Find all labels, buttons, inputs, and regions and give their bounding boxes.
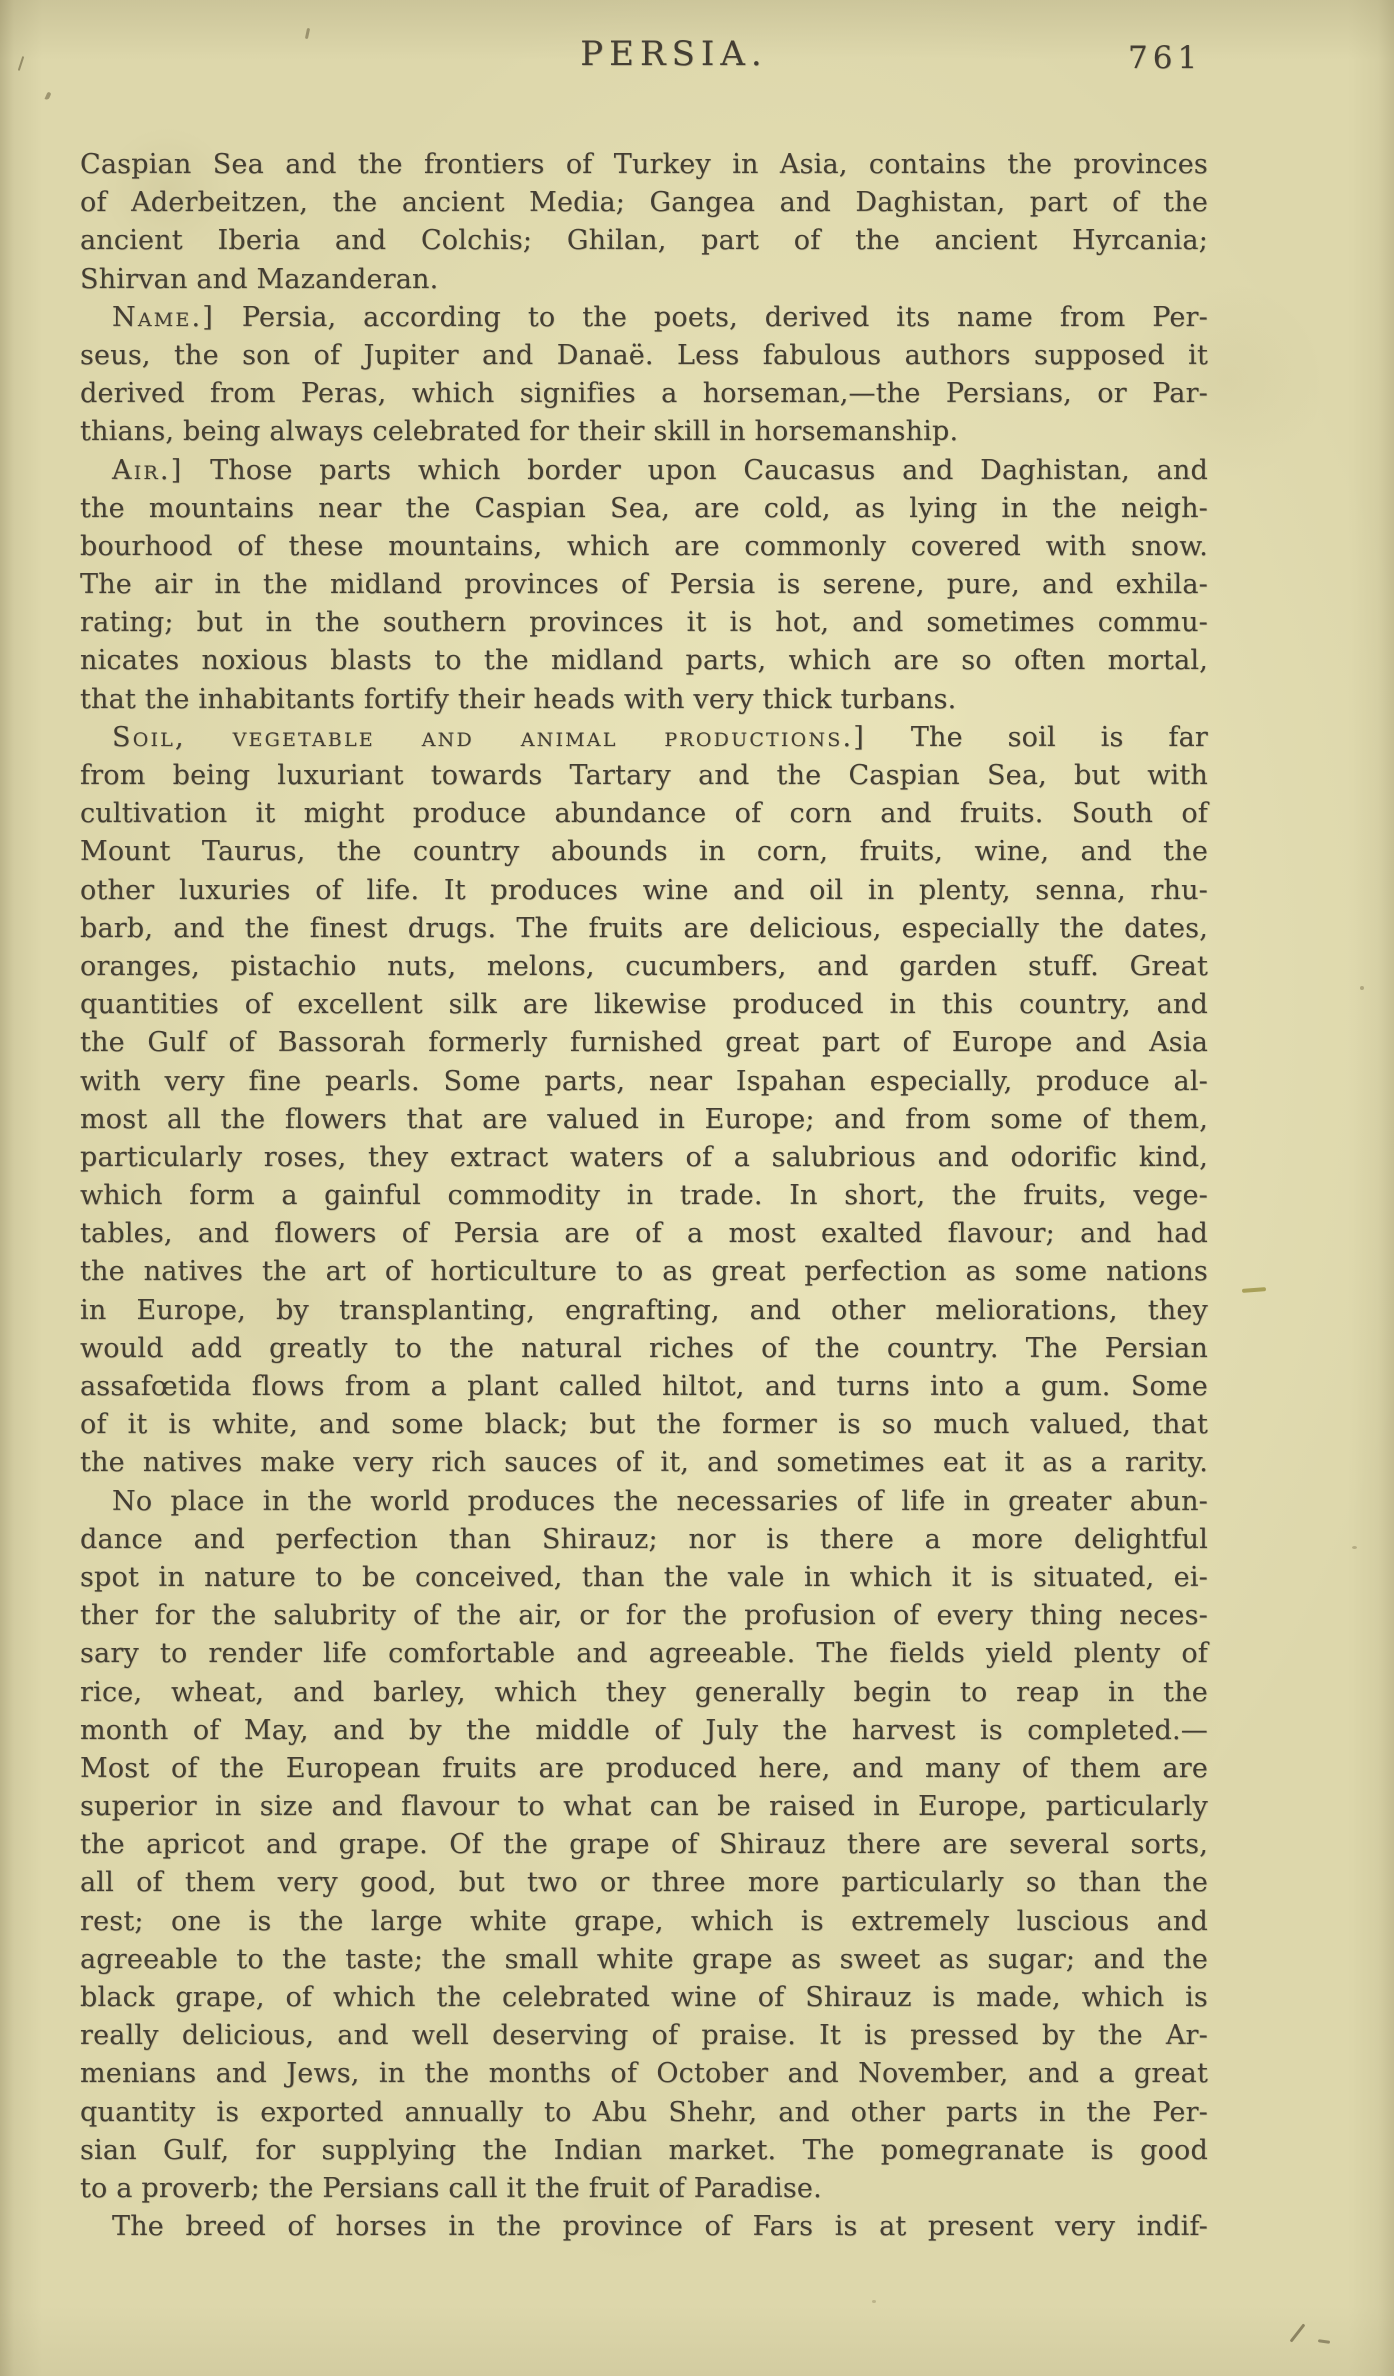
line-text: The soil is far bbox=[911, 722, 1208, 753]
text-line: oranges, pistachio nuts, melons, cucumbe… bbox=[80, 948, 1208, 986]
text-line: derived from Peras, which signifies a ho… bbox=[80, 375, 1208, 413]
book-page: PERSIA. 761 Caspian Sea and the frontier… bbox=[0, 0, 1394, 2376]
paragraph: Name.] Persia, according to the poets, d… bbox=[80, 299, 1208, 452]
text-line: sary to render life comfortable and agre… bbox=[80, 1635, 1208, 1673]
text-line: quantities of excellent silk are likewis… bbox=[80, 986, 1208, 1024]
text-line: rating; but in the southern provinces it… bbox=[80, 604, 1208, 642]
text-line: The breed of horses in the province of F… bbox=[80, 2208, 1208, 2246]
bottom-pen-mark bbox=[1318, 2339, 1330, 2344]
text-line: rest; one is the large white grape, whic… bbox=[80, 1903, 1208, 1941]
paragraph: Air.] Those parts which border upon Cauc… bbox=[80, 452, 1208, 719]
text-line: really delicious, and well deserving of … bbox=[80, 2017, 1208, 2055]
text-line: from being luxuriant towards Tartary and… bbox=[80, 757, 1208, 795]
text-line: menians and Jews, in the months of Octob… bbox=[80, 2055, 1208, 2093]
ink-speck bbox=[872, 2300, 876, 2303]
text-line: which form a gainful commodity in trade.… bbox=[80, 1177, 1208, 1215]
paragraph: Soil, vegetable and animal productions.]… bbox=[80, 719, 1208, 1483]
text-line: that the inhabitants fortify their heads… bbox=[80, 681, 1208, 719]
page-number: 761 bbox=[1128, 40, 1218, 76]
paragraph: Caspian Sea and the frontiers of Turkey … bbox=[80, 146, 1208, 299]
text-line: nicates noxious blasts to the midland pa… bbox=[80, 642, 1208, 680]
text-line: Soil, vegetable and animal productions.]… bbox=[80, 719, 1208, 757]
text-line: Name.] Persia, according to the poets, d… bbox=[80, 299, 1208, 337]
text-line: seus, the son of Jupiter and Danaë. Less… bbox=[80, 337, 1208, 375]
text-line: would add greatly to the natural riches … bbox=[80, 1330, 1208, 1368]
text-line: quantity is exported annually to Abu She… bbox=[80, 2094, 1208, 2132]
text-line: most all the flowers that are valued in … bbox=[80, 1101, 1208, 1139]
text-line: Caspian Sea and the frontiers of Turkey … bbox=[80, 146, 1208, 184]
text-line: with very fine pearls. Some parts, near … bbox=[80, 1063, 1208, 1101]
text-line: other luxuries of life. It produces wine… bbox=[80, 872, 1208, 910]
text-line: spot in nature to be conceived, than the… bbox=[80, 1559, 1208, 1597]
ink-speck bbox=[45, 92, 52, 101]
text-line: barb, and the finest drugs. The fruits a… bbox=[80, 910, 1208, 948]
text-line: the mountains near the Caspian Sea, are … bbox=[80, 490, 1208, 528]
text-line: cultivation it might produce abundance o… bbox=[80, 795, 1208, 833]
bottom-pen-mark bbox=[1290, 2323, 1306, 2342]
text-line: black grape, of which the celebrated win… bbox=[80, 1979, 1208, 2017]
text-line: The air in the midland provinces of Pers… bbox=[80, 566, 1208, 604]
ink-speck bbox=[18, 56, 25, 71]
text-line: the natives the art of horticulture to a… bbox=[80, 1253, 1208, 1291]
text-line: rice, wheat, and barley, which they gene… bbox=[80, 1674, 1208, 1712]
text-line: tables, and flowers of Persia are of a m… bbox=[80, 1215, 1208, 1253]
section-heading: Name.] bbox=[112, 302, 215, 333]
text-block: Caspian Sea and the frontiers of Turkey … bbox=[80, 146, 1208, 2246]
text-line: all of them very good, but two or three … bbox=[80, 1864, 1208, 1902]
ink-speck bbox=[1352, 1546, 1357, 1549]
text-line: Air.] Those parts which border upon Cauc… bbox=[80, 452, 1208, 490]
text-line: particularly roses, they extract waters … bbox=[80, 1139, 1208, 1177]
text-line: the natives make very rich sauces of it,… bbox=[80, 1444, 1208, 1482]
section-heading: Soil, vegetable and animal productions.] bbox=[112, 722, 866, 753]
text-line: thians, being always celebrated for thei… bbox=[80, 413, 1208, 451]
text-line: to a proverb; the Persians call it the f… bbox=[80, 2170, 1208, 2208]
text-line: the Gulf of Bassorah formerly furnished … bbox=[80, 1024, 1208, 1062]
text-line: in Europe, by transplanting, engrafting,… bbox=[80, 1292, 1208, 1330]
text-line: ancient Iberia and Colchis; Ghilan, part… bbox=[80, 222, 1208, 260]
margin-pen-mark bbox=[1242, 1287, 1266, 1293]
text-line: Shirvan and Mazanderan. bbox=[80, 261, 1208, 299]
paragraph: The breed of horses in the province of F… bbox=[80, 2208, 1208, 2246]
text-line: of Aderbeitzen, the ancient Media; Gange… bbox=[80, 184, 1208, 222]
text-line: ther for the salubrity of the air, or fo… bbox=[80, 1597, 1208, 1635]
text-line: dance and perfection than Shirauz; nor i… bbox=[80, 1521, 1208, 1559]
text-line: No place in the world produces the neces… bbox=[80, 1483, 1208, 1521]
ink-speck bbox=[1360, 986, 1364, 990]
text-line: of it is white, and some black; but the … bbox=[80, 1406, 1208, 1444]
text-line: month of May, and by the middle of July … bbox=[80, 1712, 1208, 1750]
text-line: bourhood of these mountains, which are c… bbox=[80, 528, 1208, 566]
text-line: assafœtida flows from a plant called hil… bbox=[80, 1368, 1208, 1406]
text-line: agreeable to the taste; the small white … bbox=[80, 1941, 1208, 1979]
line-text: Persia, according to the poets, derived … bbox=[242, 302, 1208, 333]
text-line: sian Gulf, for supplying the Indian mark… bbox=[80, 2132, 1208, 2170]
text-line: Mount Taurus, the country abounds in cor… bbox=[80, 833, 1208, 871]
text-line: Most of the European fruits are produced… bbox=[80, 1750, 1208, 1788]
text-line: superior in size and flavour to what can… bbox=[80, 1788, 1208, 1826]
line-text: Those parts which border upon Caucasus a… bbox=[210, 455, 1208, 486]
section-heading: Air.] bbox=[112, 455, 183, 486]
text-line: the apricot and grape. Of the grape of S… bbox=[80, 1826, 1208, 1864]
paragraph: No place in the world produces the neces… bbox=[80, 1483, 1208, 2209]
running-title: PERSIA. bbox=[110, 34, 1238, 74]
